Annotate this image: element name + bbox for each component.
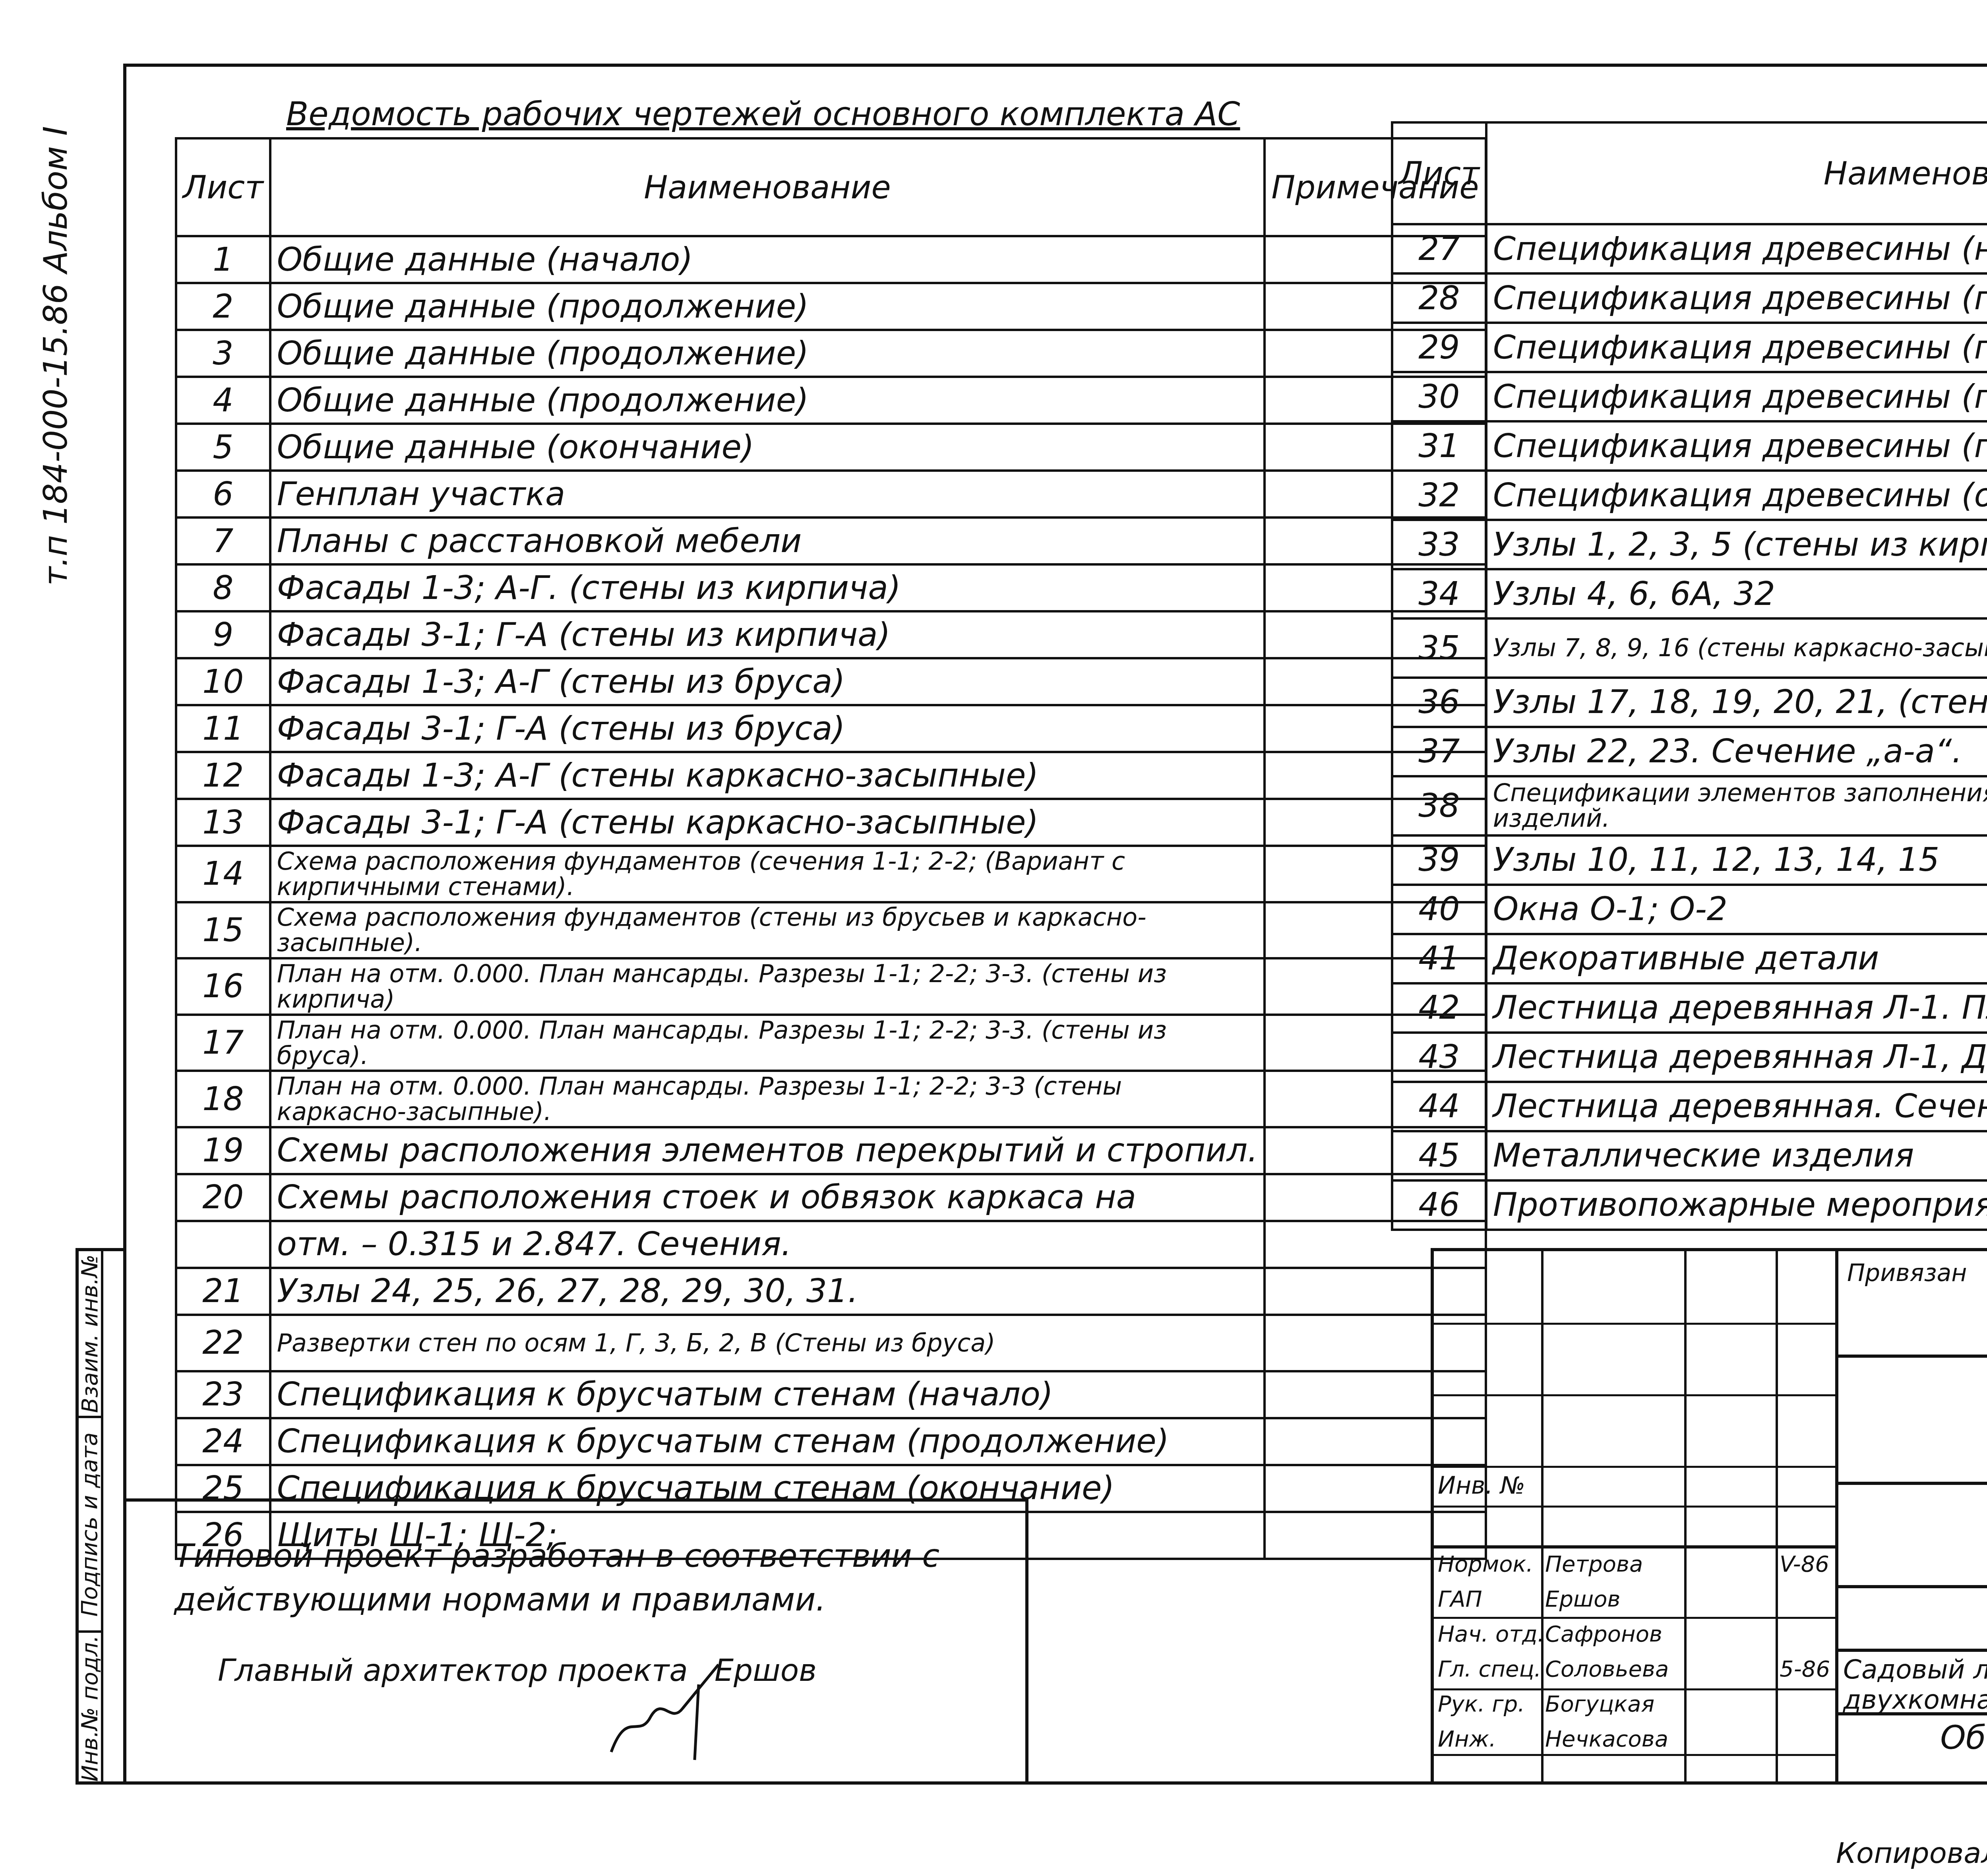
sheet-number-cell: 45 [1392, 1131, 1486, 1180]
table-row: 32Спецификация древесины (окончание) [1392, 471, 1987, 520]
chief-architect-name: Ершов [715, 1653, 817, 1688]
drawing-name-cell: Фасады 1-3; А-Г. (стены из кирпича) [270, 564, 1265, 611]
drawing-name-cell: Узлы 10, 11, 12, 13, 14, 15 [1486, 835, 1987, 885]
drawing-name-cell: Лестница деревянная Л-1, Детали 6-10 [1486, 1033, 1987, 1082]
staff-role: Гл. спец. [1438, 1656, 1541, 1682]
drawing-name-cell: Спецификация древесины (продолжение 3) [1486, 372, 1987, 421]
sheet-number-cell: 37 [1392, 727, 1486, 776]
signature-icon [603, 1661, 730, 1764]
project-name: Садовый летний домик двухкомнатный с ман… [1843, 1655, 1987, 1715]
sheet-number-cell: 16 [176, 958, 270, 1015]
col-name: Наименование [270, 138, 1265, 236]
drawing-name-cell: Спецификация древесины (продолжение) [1486, 273, 1987, 323]
table-row: 33Узлы 1, 2, 3, 5 (стены из кирпича) [1392, 520, 1987, 569]
register-table-left: Лист Наименование Примечание 1Общие данн… [175, 137, 1487, 1560]
sheet-number-cell: 14 [176, 846, 270, 902]
sheet-number-cell: 34 [1392, 569, 1486, 618]
table-row: 36Узлы 17, 18, 19, 20, 21, (стены из бру… [1392, 678, 1987, 727]
drawing-title: Общие данные (начало) [1911, 1720, 1987, 1792]
table-row: 34Узлы 4, 6, 6А, 32 [1392, 569, 1987, 618]
staff-role: ГАП [1438, 1586, 1482, 1612]
tb-grid-line [1835, 1482, 1987, 1485]
tb-grid-line [1434, 1394, 1835, 1396]
sheet-number-cell: 33 [1392, 520, 1486, 569]
table-row: 40Окна О-1; О-2 [1392, 885, 1987, 934]
sheet-number-cell: 46 [1392, 1180, 1486, 1230]
table-row: 18План на отм. 0.000. План мансарды. Раз… [176, 1071, 1486, 1127]
drawing-name-cell: Спецификация к брусчатым стенам (начало) [270, 1371, 1265, 1418]
drawing-name-cell: Лестница деревянная Л-1. План. Разрез. [1486, 983, 1987, 1033]
table-row: 11Фасады 3-1; Г-А (стены из бруса) [176, 705, 1486, 752]
sheet-number-cell: 6 [176, 471, 270, 517]
drawing-name-cell: План на отм. 0.000. План мансарды. Разре… [270, 958, 1265, 1015]
table-row: 19Схемы расположения элементов перекрыти… [176, 1127, 1486, 1174]
table-row: 22Развертки стен по осям 1, Г, 3, Б, 2, … [176, 1315, 1486, 1371]
table-row: 30Спецификация древесины (продолжение 3) [1392, 372, 1987, 421]
sheet-number-cell: 32 [1392, 471, 1486, 520]
staff-role: Инж. [1438, 1726, 1496, 1752]
drawing-name-cell: Фасады 1-3; А-Г (стены из бруса) [270, 658, 1265, 705]
table-row: 45Металлические изделия [1392, 1131, 1987, 1180]
note-line-2: действующими нормами и правилами. [174, 1581, 826, 1618]
drawing-name-cell: Фасады 1-3; А-Г (стены каркасно-засыпные… [270, 752, 1265, 799]
title-block: Привязан Инв. № 184-000-15.86 АС Нормок.… [1431, 1248, 1987, 1785]
sheet-number-cell: 15 [176, 902, 270, 959]
drawing-name-cell: Общие данные (продолжение) [270, 283, 1265, 330]
sheet-number-cell: 12 [176, 752, 270, 799]
sheet-number-cell: 44 [1392, 1082, 1486, 1131]
drawing-name-cell: Узлы 7, 8, 9, 16 (стены каркасно-засыпны… [1486, 618, 1987, 678]
register-body-right: 27Спецификация древесины (начало)28Специ… [1392, 224, 1987, 1230]
table-row: 44Лестница деревянная. Сечения. Специфик… [1392, 1082, 1987, 1131]
drawing-name-cell: Спецификации элементов заполнения проемо… [1486, 776, 1987, 835]
sheet-number-cell: 38 [1392, 776, 1486, 835]
tb-grid-line [1434, 1506, 1835, 1508]
tb-grid-line [1835, 1585, 1987, 1588]
register-table-right: Лист Наименование Примечание 27Специфика… [1391, 121, 1987, 1231]
sheet-number-cell: 13 [176, 799, 270, 846]
sheet-number-cell: 18 [176, 1071, 270, 1127]
drawing-name-cell: Спецификация к брусчатым стенам (продолж… [270, 1418, 1265, 1465]
drawing-name-cell: План на отм. 0.000. План мансарды. Разре… [270, 1071, 1265, 1127]
table-row: 9Фасады 3-1; Г-А (стены из кирпича) [176, 611, 1486, 658]
drawing-name-cell: Общие данные (продолжение) [270, 330, 1265, 377]
note-line-1: Типовой проект разработан в соответствии… [174, 1537, 939, 1574]
side-code: т.п 184-000-15.86 Альбом I [24, 127, 87, 584]
tb-grid-line [1541, 1251, 1544, 1785]
drawing-name-cell: Генплан участка [270, 471, 1265, 517]
table-row: 21Узлы 24, 25, 26, 27, 28, 29, 30, 31. [176, 1268, 1486, 1315]
drawing-name-cell: Металлические изделия [1486, 1131, 1987, 1180]
drawing-name-cell: Противопожарные мероприятия по устройств… [1486, 1180, 1987, 1230]
staff-role: Рук. гр. [1438, 1691, 1525, 1717]
tb-grid-line [1684, 1251, 1687, 1785]
table-row: 1Общие данные (начало) [176, 236, 1486, 283]
register-body-left: 1Общие данные (начало)2Общие данные (про… [176, 236, 1486, 1559]
sheet-number-cell: 42 [1392, 983, 1486, 1033]
table-row: 16План на отм. 0.000. План мансарды. Раз… [176, 958, 1486, 1015]
sheet-number-cell: 35 [1392, 618, 1486, 678]
table-row: отм. – 0.315 и 2.847. Сечения. [176, 1221, 1486, 1268]
table-row: 17План на отм. 0.000. План мансарды. Раз… [176, 1015, 1486, 1071]
table-header: Лист Наименование Примечание [1392, 122, 1987, 224]
staff-role: Нормок. [1438, 1551, 1533, 1577]
table-row: 20Схемы расположения стоек и обвязок кар… [176, 1174, 1486, 1221]
table-row: 8Фасады 1-3; А-Г. (стены из кирпича) [176, 564, 1486, 611]
register-title: Ведомость рабочих чертежей основного ком… [286, 95, 1240, 133]
sheet-number-cell: 1 [176, 236, 270, 283]
sheet-number-cell [176, 1221, 270, 1268]
table-row: 39Узлы 10, 11, 12, 13, 14, 15 [1392, 835, 1987, 885]
sheet-number-cell: 31 [1392, 421, 1486, 471]
margin-stamp: Взаим. инв.№ Подпись и дата Инв.№ подл. [76, 1248, 123, 1785]
tb-grid-line [1434, 1688, 1835, 1690]
table-header: Лист Наименование Примечание [176, 138, 1486, 236]
drawing-name-cell: Развертки стен по осям 1, Г, 3, Б, 2, В … [270, 1315, 1265, 1371]
drawing-name-cell: Схемы расположения элементов перекрытий … [270, 1127, 1265, 1174]
tb-grid-line [1434, 1466, 1835, 1468]
table-row: 23Спецификация к брусчатым стенам (начал… [176, 1371, 1486, 1418]
col-sheet: Лист [176, 138, 270, 236]
drawing-name-cell: Спецификация древесины (продолжение 2) [1486, 323, 1987, 372]
sheet-number-cell: 41 [1392, 934, 1486, 983]
margin-label: Инв.№ подл. [77, 1635, 103, 1782]
table-row: 12Фасады 1-3; А-Г (стены каркасно-засыпн… [176, 752, 1486, 799]
note-box: Типовой проект разработан в соответствии… [126, 1498, 1028, 1781]
table-row: 46Противопожарные мероприятия по устройс… [1392, 1180, 1987, 1230]
drawing-name-cell: Общие данные (продолжение) [270, 377, 1265, 424]
drawing-name-cell: Общие данные (окончание) [270, 424, 1265, 471]
drawing-name-cell: Фасады 3-1; Г-А (стены из кирпича) [270, 611, 1265, 658]
staff-name: Нечкасова [1545, 1726, 1668, 1752]
col-sheet: Лист [1392, 122, 1486, 224]
drawing-name-cell: Узлы 4, 6, 6А, 32 [1486, 569, 1987, 618]
tb-grid-line [1835, 1355, 1987, 1358]
table-row: 3Общие данные (продолжение) [176, 330, 1486, 377]
drawing-name-cell: Фасады 3-1; Г-А (стены каркасно-засыпные… [270, 799, 1265, 846]
inventory-label: Инв. № [1438, 1472, 1525, 1500]
drawing-name-cell: Схема расположения фундаментов (сечения … [270, 846, 1265, 902]
table-row: 2Общие данные (продолжение) [176, 283, 1486, 330]
sheet-number-cell: 39 [1392, 835, 1486, 885]
sheet-number-cell: 2 [176, 283, 270, 330]
table-row: 7Планы с расстановкой мебели [176, 517, 1486, 564]
drawing-name-cell: План на отм. 0.000. План мансарды. Разре… [270, 1015, 1265, 1071]
drawing-name-cell: Окна О-1; О-2 [1486, 885, 1987, 934]
table-row: 4Общие данные (продолжение) [176, 377, 1486, 424]
sheet-number-cell: 19 [176, 1127, 270, 1174]
table-row: 14Схема расположения фундаментов (сечени… [176, 846, 1486, 902]
drawing-name-cell: Декоративные детали [1486, 934, 1987, 983]
sheet-number-cell: 29 [1392, 323, 1486, 372]
drawing-name-cell: Спецификация древесины (окончание) [1486, 471, 1987, 520]
sheet-number-cell: 4 [176, 377, 270, 424]
margin-cell-signature: Подпись и дата [79, 1418, 101, 1633]
table-row: 13Фасады 3-1; Г-А (стены каркасно-засыпн… [176, 799, 1486, 846]
drawing-name-cell: Схема расположения фундаментов (стены из… [270, 902, 1265, 959]
sheet-number-cell: 21 [176, 1268, 270, 1315]
drawing-name-cell: отм. – 0.315 и 2.847. Сечения. [270, 1221, 1265, 1268]
table-row: 24Спецификация к брусчатым стенам (продо… [176, 1418, 1486, 1465]
sheet-number-cell: 3 [176, 330, 270, 377]
sheet-number-cell: 10 [176, 658, 270, 705]
sheet-number-cell: 7 [176, 517, 270, 564]
table-row: 42Лестница деревянная Л-1. План. Разрез. [1392, 983, 1987, 1033]
sheet-number-cell: 24 [176, 1418, 270, 1465]
tb-grid-line [1434, 1545, 1835, 1548]
table-row: 29Спецификация древесины (продолжение 2) [1392, 323, 1987, 372]
copied-by: Копировал Сердюк [1836, 1836, 1987, 1870]
tb-grid-line [1776, 1251, 1778, 1785]
tb-grid-line [1434, 1754, 1835, 1756]
table-row: 27Спецификация древесины (начало) [1392, 224, 1987, 273]
side-code-text: т.п 184-000-15.86 Альбом I [37, 126, 75, 585]
table-row: 15Схема расположения фундаментов (стены … [176, 902, 1486, 959]
table-row: 5Общие данные (окончание) [176, 424, 1486, 471]
tb-grid-line [1835, 1251, 1838, 1785]
drawing-name-cell: Планы с расстановкой мебели [270, 517, 1265, 564]
table-row: 41Декоративные детали [1392, 934, 1987, 983]
sheet-number-cell: 20 [176, 1174, 270, 1221]
table-row: 28Спецификация древесины (продолжение) [1392, 273, 1987, 323]
staff-name: Ершов [1545, 1586, 1620, 1612]
table-row: 31Спецификация древесины (продолжение 4) [1392, 421, 1987, 471]
staff-role: Нач. отд. [1438, 1621, 1545, 1647]
sheet-number-cell: 9 [176, 611, 270, 658]
col-name: Наименование [1486, 122, 1987, 224]
drawing-name-cell: Узлы 17, 18, 19, 20, 21, (стены из брусь… [1486, 678, 1987, 727]
drawing-name-cell: Спецификация древесины (начало) [1486, 224, 1987, 273]
sheet-number-cell: 28 [1392, 273, 1486, 323]
drawing-name-cell: Схемы расположения стоек и обвязок карка… [270, 1174, 1265, 1221]
staff-date: V-86 [1780, 1551, 1829, 1577]
sheet-number-cell: 27 [1392, 224, 1486, 273]
drawing-name-cell: Спецификация древесины (продолжение 4) [1486, 421, 1987, 471]
sheet-number-cell: 36 [1392, 678, 1486, 727]
sheet-number-cell: 43 [1392, 1033, 1486, 1082]
staff-name: Петрова [1545, 1551, 1643, 1577]
sheet-number-cell: 5 [176, 424, 270, 471]
table-row: 35Узлы 7, 8, 9, 16 (стены каркасно-засып… [1392, 618, 1987, 678]
tb-grid-line [1835, 1649, 1987, 1652]
table-row: 38Спецификации элементов заполнения прое… [1392, 776, 1987, 835]
sheet-number-cell: 30 [1392, 372, 1486, 421]
drawing-name-cell: Узлы 24, 25, 26, 27, 28, 29, 30, 31. [270, 1268, 1265, 1315]
staff-name: Сафронов [1545, 1621, 1662, 1647]
drawing-name-cell: Фасады 3-1; Г-А (стены из бруса) [270, 705, 1265, 752]
tb-grid-line [1434, 1323, 1835, 1325]
margin-cell-inventory: Инв.№ подл. [79, 1633, 101, 1784]
bound-label: Привязан [1847, 1259, 1967, 1287]
table-row: 10Фасады 1-3; А-Г (стены из бруса) [176, 658, 1486, 705]
sheet-number-cell: 8 [176, 564, 270, 611]
margin-label: Взаим. инв.№ [77, 1254, 103, 1413]
table-row: 43Лестница деревянная Л-1, Детали 6-10 [1392, 1033, 1987, 1082]
staff-name: Соловьева [1545, 1656, 1669, 1682]
sheet-number-cell: 23 [176, 1371, 270, 1418]
drawing-name-cell: Узлы 1, 2, 3, 5 (стены из кирпича) [1486, 520, 1987, 569]
drawing-name-cell: Общие данные (начало) [270, 236, 1265, 283]
sheet-number-cell: 17 [176, 1015, 270, 1071]
drawing-name-cell: Лестница деревянная. Сечения. Спецификац… [1486, 1082, 1987, 1131]
sheet-number-cell: 22 [176, 1315, 270, 1371]
sheet-number-cell: 11 [176, 705, 270, 752]
staff-date: 5-86 [1780, 1656, 1830, 1682]
drawing-name-cell: Узлы 22, 23. Сечение „а-а“. [1486, 727, 1987, 776]
sheet-number-cell: 40 [1392, 885, 1486, 934]
table-row: 6Генплан участка [176, 471, 1486, 517]
staff-name: Богуцкая [1545, 1691, 1654, 1717]
margin-cell-interchange: Взаим. инв.№ [79, 1251, 101, 1418]
margin-label: Подпись и дата [77, 1432, 103, 1616]
table-row: 37Узлы 22, 23. Сечение „а-а“. [1392, 727, 1987, 776]
tb-grid-line [1434, 1617, 1835, 1619]
